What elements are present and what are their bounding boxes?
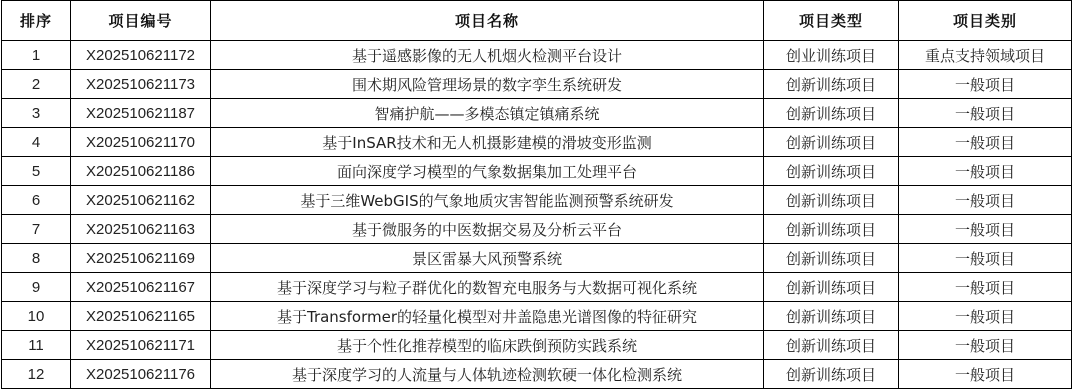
cell-category: 一般项目: [899, 273, 1072, 302]
cell-rank: 3: [2, 99, 71, 128]
cell-name: 智痛护航——多模态镇定镇痛系统: [211, 99, 764, 128]
cell-id: X202510621162: [71, 186, 211, 215]
cell-rank: 1: [2, 41, 71, 70]
cell-category: 一般项目: [899, 157, 1072, 186]
header-category: 项目类别: [899, 1, 1072, 41]
cell-id: X202510621170: [71, 128, 211, 157]
cell-type: 创新训练项目: [764, 331, 899, 360]
cell-type: 创新训练项目: [764, 273, 899, 302]
cell-id: X202510621176: [71, 360, 211, 389]
table-row: 7 X202510621163 基于微服务的中医数据交易及分析云平台 创新训练项…: [2, 215, 1072, 244]
cell-name: 基于深度学习与粒子群优化的数智充电服务与大数据可视化系统: [211, 273, 764, 302]
cell-name: 基于三维WebGIS的气象地质灾害智能监测预警系统研发: [211, 186, 764, 215]
table-row: 11 X202510621171 基于个性化推荐模型的临床跌倒预防实践系统 创新…: [2, 331, 1072, 360]
table-row: 8 X202510621169 景区雷暴大风预警系统 创新训练项目 一般项目: [2, 244, 1072, 273]
cell-name: 基于微服务的中医数据交易及分析云平台: [211, 215, 764, 244]
cell-id: X202510621165: [71, 302, 211, 331]
cell-rank: 7: [2, 215, 71, 244]
cell-type: 创新训练项目: [764, 157, 899, 186]
cell-category: 一般项目: [899, 302, 1072, 331]
cell-type: 创新训练项目: [764, 215, 899, 244]
cell-type: 创新训练项目: [764, 186, 899, 215]
cell-id: X202510621187: [71, 99, 211, 128]
cell-category: 一般项目: [899, 99, 1072, 128]
cell-rank: 10: [2, 302, 71, 331]
cell-name: 基于个性化推荐模型的临床跌倒预防实践系统: [211, 331, 764, 360]
cell-name: 基于遥感影像的无人机烟火检测平台设计: [211, 41, 764, 70]
cell-rank: 12: [2, 360, 71, 389]
cell-id: X202510621186: [71, 157, 211, 186]
cell-id: X202510621163: [71, 215, 211, 244]
cell-name: 基于InSAR技术和无人机摄影建模的滑坡变形监测: [211, 128, 764, 157]
table-row: 3 X202510621187 智痛护航——多模态镇定镇痛系统 创新训练项目 一…: [2, 99, 1072, 128]
cell-type: 创新训练项目: [764, 128, 899, 157]
table-row: 5 X202510621186 面向深度学习模型的气象数据集加工处理平台 创新训…: [2, 157, 1072, 186]
cell-category: 一般项目: [899, 244, 1072, 273]
cell-category: 一般项目: [899, 331, 1072, 360]
cell-rank: 6: [2, 186, 71, 215]
header-row: 排序 项目编号 项目名称 项目类型 项目类别: [2, 1, 1072, 41]
cell-type: 创新训练项目: [764, 70, 899, 99]
cell-category: 重点支持领域项目: [899, 41, 1072, 70]
header-rank: 排序: [2, 1, 71, 41]
cell-type: 创新训练项目: [764, 302, 899, 331]
cell-category: 一般项目: [899, 128, 1072, 157]
cell-name: 基于深度学习的人流量与人体轨迹检测软硬一体化检测系统: [211, 360, 764, 389]
cell-type: 创新训练项目: [764, 360, 899, 389]
header-type: 项目类型: [764, 1, 899, 41]
table-row: 1 X202510621172 基于遥感影像的无人机烟火检测平台设计 创业训练项…: [2, 41, 1072, 70]
table-row: 9 X202510621167 基于深度学习与粒子群优化的数智充电服务与大数据可…: [2, 273, 1072, 302]
table-row: 2 X202510621173 围术期风险管理场景的数字孪生系统研发 创新训练项…: [2, 70, 1072, 99]
cell-category: 一般项目: [899, 360, 1072, 389]
table-row: 4 X202510621170 基于InSAR技术和无人机摄影建模的滑坡变形监测…: [2, 128, 1072, 157]
cell-type: 创业训练项目: [764, 41, 899, 70]
table-row: 12 X202510621176 基于深度学习的人流量与人体轨迹检测软硬一体化检…: [2, 360, 1072, 389]
cell-rank: 9: [2, 273, 71, 302]
cell-type: 创新训练项目: [764, 99, 899, 128]
project-table: 排序 项目编号 项目名称 项目类型 项目类别 1 X202510621172 基…: [1, 0, 1072, 389]
cell-id: X202510621172: [71, 41, 211, 70]
cell-type: 创新训练项目: [764, 244, 899, 273]
cell-id: X202510621173: [71, 70, 211, 99]
cell-rank: 8: [2, 244, 71, 273]
cell-category: 一般项目: [899, 215, 1072, 244]
cell-id: X202510621167: [71, 273, 211, 302]
table-row: 6 X202510621162 基于三维WebGIS的气象地质灾害智能监测预警系…: [2, 186, 1072, 215]
cell-id: X202510621171: [71, 331, 211, 360]
cell-name: 面向深度学习模型的气象数据集加工处理平台: [211, 157, 764, 186]
cell-name: 基于Transformer的轻量化模型对井盖隐患光谱图像的特征研究: [211, 302, 764, 331]
cell-rank: 4: [2, 128, 71, 157]
header-id: 项目编号: [71, 1, 211, 41]
cell-id: X202510621169: [71, 244, 211, 273]
cell-name: 景区雷暴大风预警系统: [211, 244, 764, 273]
cell-rank: 11: [2, 331, 71, 360]
table-row: 10 X202510621165 基于Transformer的轻量化模型对井盖隐…: [2, 302, 1072, 331]
cell-rank: 2: [2, 70, 71, 99]
cell-rank: 5: [2, 157, 71, 186]
cell-name: 围术期风险管理场景的数字孪生系统研发: [211, 70, 764, 99]
cell-category: 一般项目: [899, 186, 1072, 215]
cell-category: 一般项目: [899, 70, 1072, 99]
header-name: 项目名称: [211, 1, 764, 41]
